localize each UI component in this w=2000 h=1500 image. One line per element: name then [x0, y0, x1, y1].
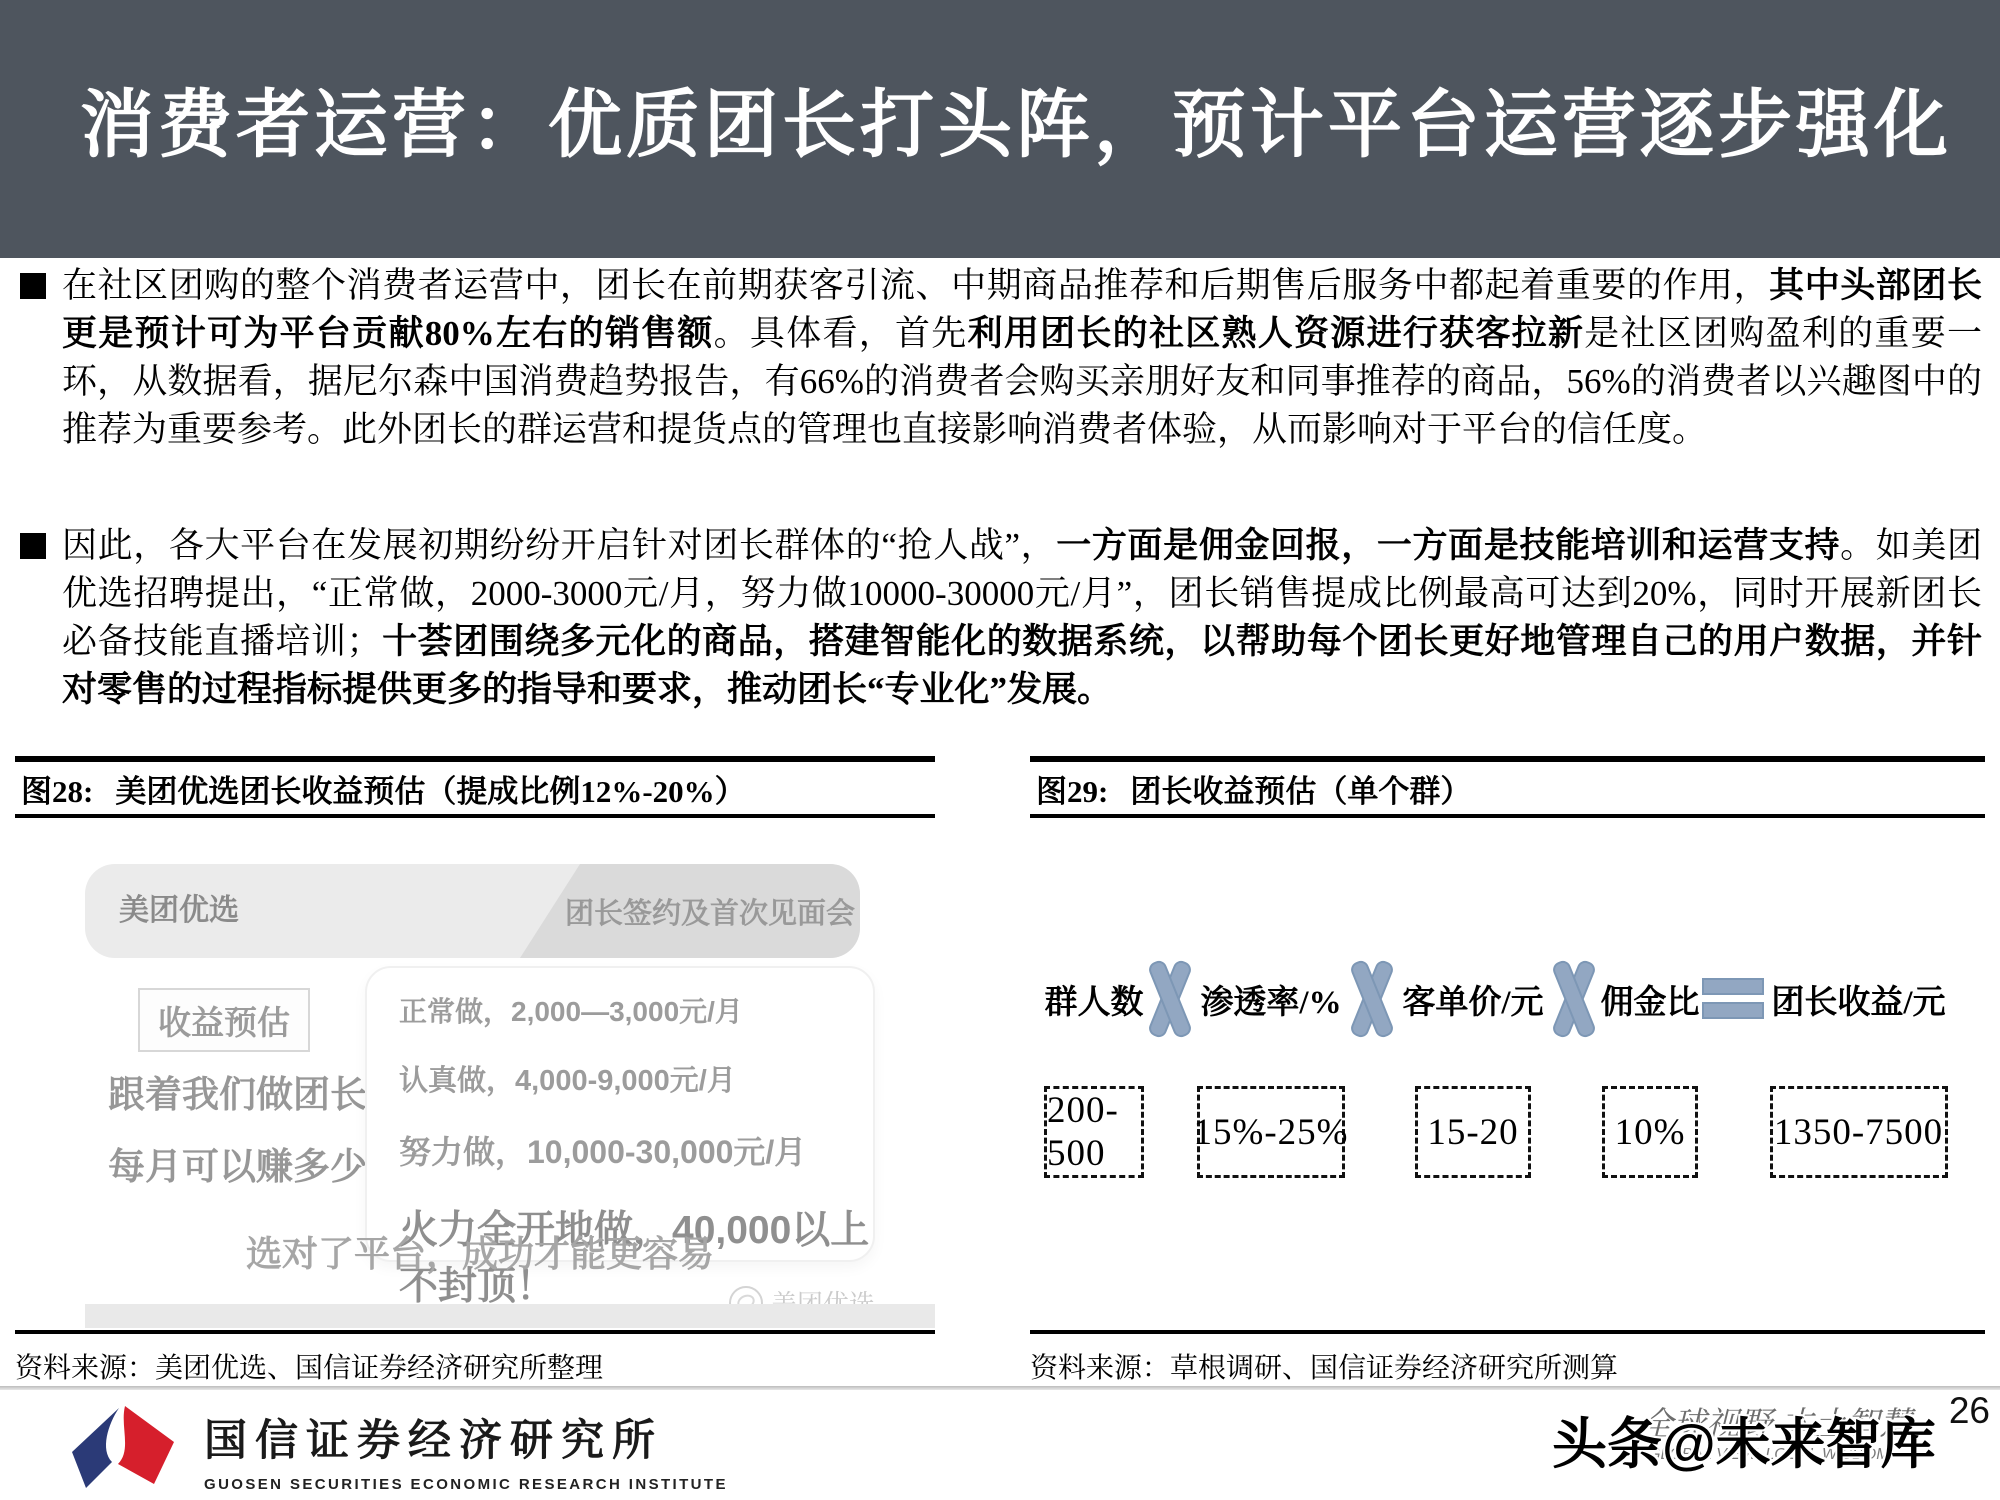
- toutiao-watermark: 头条@未来智库: [1552, 1400, 1936, 1479]
- formula-value-box: 10%: [1602, 1086, 1698, 1178]
- formula-value-box: 15-20: [1415, 1086, 1531, 1178]
- paragraph-text: 因此，各大平台在发展初期纷纷开启针对团长群体的“抢人战”，一方面是佣金回报，一方…: [62, 522, 1982, 714]
- tagline-2: 每月可以赚多少: [108, 1136, 367, 1190]
- income-line: 努力做，10,000-30,000元/月: [399, 1127, 873, 1173]
- screenshot-banner: 美团优选 团长签约及首次见面会: [85, 864, 860, 958]
- paragraph-text: 在社区团购的整个消费者运营中，团长在前期获客引流、中期商品推荐和后期售后服务中都…: [62, 262, 1982, 454]
- paragraph-segment: 一方面是佣金回报，一方面是技能培训和运营支持: [1056, 526, 1840, 565]
- guosen-logo-texts: 国信证券经济研究所 GUOSEN SECURITIES ECONOMIC RES…: [204, 1407, 728, 1493]
- multiply-icon: [1346, 960, 1398, 1038]
- slide-page: 消费者运营：优质团长打头阵，预计平台运营逐步强化 在社区团购的整个消费者运营中，…: [0, 0, 2000, 1500]
- banner-brand-label: 美团优选: [119, 864, 239, 958]
- banner-event-label: 团长签约及首次见面会: [520, 864, 860, 958]
- figure-28-body: 美团优选 团长签约及首次见面会 收益预估 跟着我们做团长 每月可以赚多少 › 正…: [15, 818, 935, 1330]
- formula-value-cell: 1350-7500: [1766, 1086, 1951, 1178]
- figure-29-body: 群人数渗透率/%客单价/元佣金比团长收益/元 200-50015%-25%15-…: [1030, 818, 1985, 1330]
- multiply-icon: [1548, 960, 1600, 1038]
- meituan-screenshot: 美团优选 团长签约及首次见面会 收益预估 跟着我们做团长 每月可以赚多少 › 正…: [70, 818, 935, 1330]
- figure-29-title-band: 图29: 团长收益预估（单个群）: [1030, 756, 1985, 818]
- formula-value-box: 15%-25%: [1197, 1086, 1345, 1178]
- formula-value-box: 200-500: [1044, 1086, 1144, 1178]
- formula-term: 团长收益/元: [1766, 976, 1951, 1023]
- slide-title: 消费者运营：优质团长打头阵，预计平台运营逐步强化: [80, 66, 1952, 172]
- bullet-paragraph: 在社区团购的整个消费者运营中，团长在前期获客引流、中期商品推荐和后期售后服务中都…: [20, 262, 1982, 454]
- paragraph-segment: 。具体看，首先: [714, 314, 968, 353]
- figure-29-source: 资料来源：草根调研、国信证券经济研究所测算: [1030, 1330, 1985, 1386]
- paragraph-segment: 利用团长的社区熟人资源进行获客拉新: [968, 314, 1585, 353]
- formula-row: 群人数渗透率/%客单价/元佣金比团长收益/元: [1044, 960, 1951, 1038]
- bullet-paragraph: 因此，各大平台在发展初期纷纷开启针对团长群体的“抢人战”，一方面是佣金回报，一方…: [20, 522, 1982, 714]
- formula-value-cell: 15-20: [1398, 1086, 1548, 1178]
- guosen-logo-subtitle: GUOSEN SECURITIES ECONOMIC RESEARCH INST…: [204, 1476, 728, 1493]
- slogan-text: 选对了平台，成功才能更容易: [70, 1226, 890, 1277]
- figure-29-title: 团长收益预估（单个群）: [1130, 766, 1471, 811]
- income-card: 正常做，2,000—3,000元/月认真做，4,000-9,000元/月努力做，…: [365, 966, 875, 1262]
- multiply-icon: [1144, 960, 1196, 1038]
- bullet-square-icon: [20, 273, 46, 299]
- figure-28-title: 美团优选团长收益预估（提成比例12%-20%）: [115, 766, 745, 811]
- paragraph-segment: 在社区团购的整个消费者运营中，团长在前期获客引流、中期商品推荐和后期售后服务中都…: [62, 266, 1769, 305]
- footer-right-cluster: 全球视野 本土智慧 GLOBAL VIEW, LOCAL WISDOM 26 头…: [1552, 1390, 1992, 1496]
- formula-term: 客单价/元: [1398, 976, 1548, 1023]
- income-line: 认真做，4,000-9,000元/月: [399, 1058, 873, 1099]
- page-number: 26: [1949, 1390, 1990, 1432]
- guosen-logo: 国信证券经济研究所 GUOSEN SECURITIES ECONOMIC RES…: [62, 1404, 728, 1496]
- formula-term: 群人数: [1044, 976, 1144, 1023]
- figure-29-panel: 图29: 团长收益预估（单个群） 群人数渗透率/%客单价/元佣金比团长收益/元 …: [1030, 756, 1985, 1386]
- income-lines: 正常做，2,000—3,000元/月认真做，4,000-9,000元/月努力做，…: [399, 990, 873, 1173]
- figure-29-label: 图29:: [1036, 766, 1108, 811]
- figure-28-title-band: 图28: 美团优选团长收益预估（提成比例12%-20%）: [15, 756, 935, 818]
- formula-value-cell: 15%-25%: [1196, 1086, 1346, 1178]
- paragraph-segment: 因此，各大平台在发展初期纷纷开启针对团长群体的“抢人战”，: [62, 526, 1056, 565]
- formula-value-cell: 10%: [1600, 1086, 1700, 1178]
- tagline-1: 跟着我们做团长: [108, 1064, 367, 1118]
- guosen-logo-icon: [62, 1404, 182, 1496]
- bullet-square-icon: [20, 533, 46, 559]
- formula-value-box: 1350-7500: [1770, 1086, 1948, 1178]
- income-line: 正常做，2,000—3,000元/月: [399, 990, 873, 1030]
- equals-icon: [1700, 973, 1766, 1025]
- formula-term: 佣金比: [1600, 976, 1700, 1023]
- screenshot-bottom-bar: [85, 1304, 935, 1328]
- figure-28-source: 资料来源：美团优选、国信证券经济研究所整理: [15, 1330, 935, 1386]
- guosen-logo-title: 国信证券经济研究所: [204, 1407, 728, 1468]
- formula-values-row: 200-50015%-25%15-2010%1350-7500: [1044, 1086, 1951, 1178]
- formula-value-cell: 200-500: [1044, 1086, 1144, 1178]
- formula-term: 渗透率/%: [1196, 976, 1346, 1023]
- figure-28-label: 图28:: [21, 766, 93, 811]
- figure-28-panel: 图28: 美团优选团长收益预估（提成比例12%-20%） 美团优选 团长签约及首…: [15, 756, 935, 1386]
- income-estimate-badge: 收益预估: [138, 988, 310, 1052]
- slide-header-band: 消费者运营：优质团长打头阵，预计平台运营逐步强化: [0, 0, 2000, 258]
